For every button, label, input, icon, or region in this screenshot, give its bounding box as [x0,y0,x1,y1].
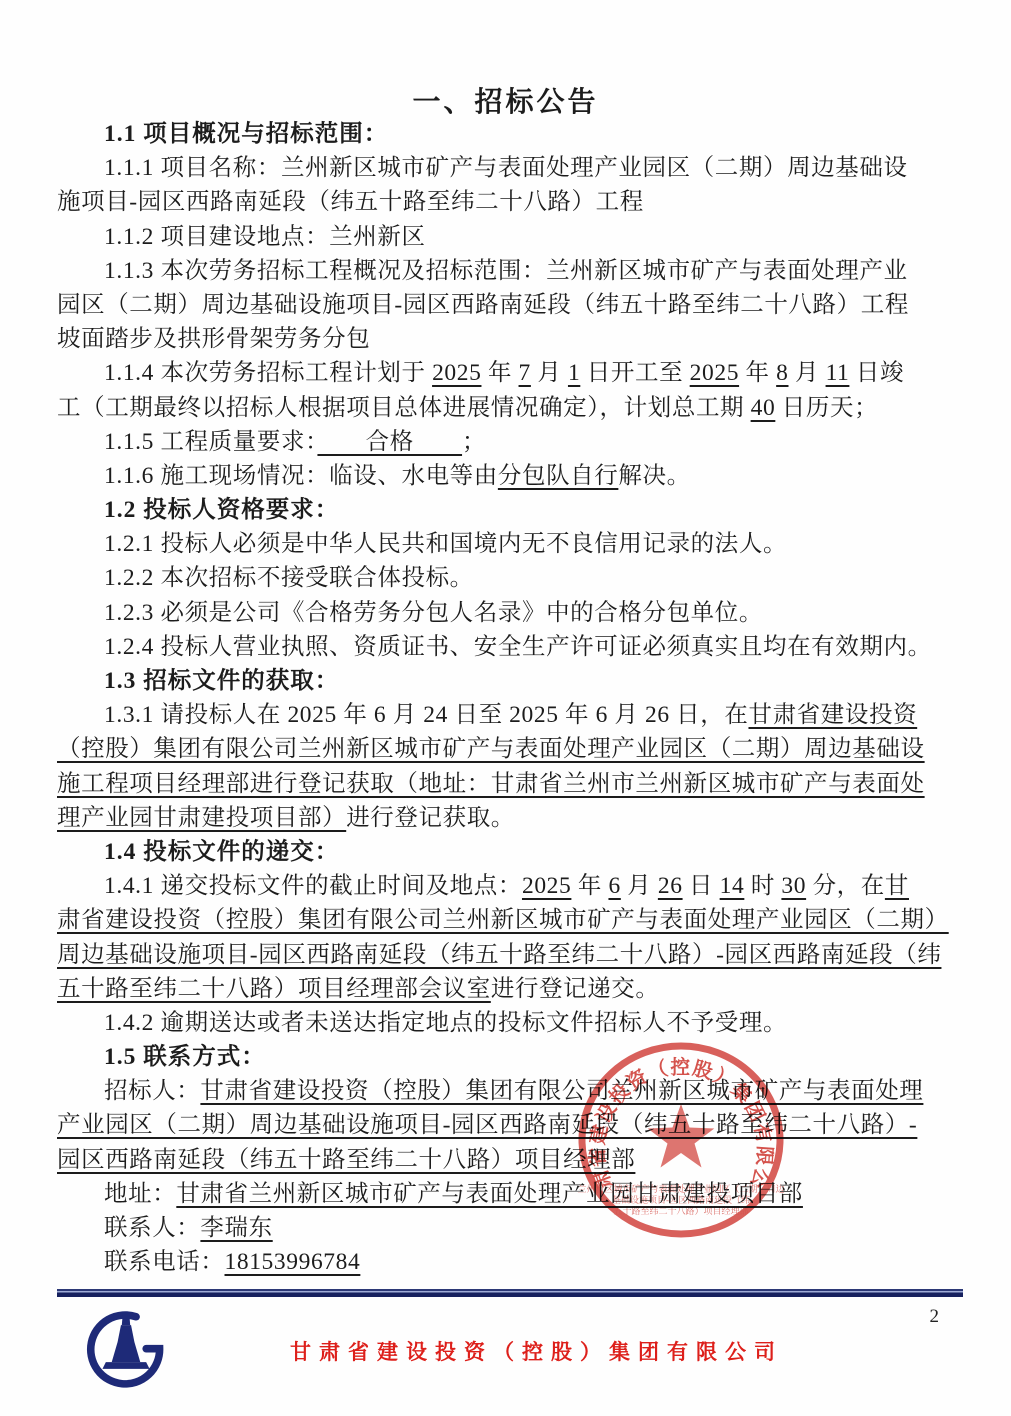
text-line: 1.2 投标人资格要求： [57,493,967,527]
text-line: 坡面踏步及拱形骨架劳务分包 [57,322,967,356]
text-line: 肃省建设投资（控股）集团有限公司兰州新区城市矿产与表面处理产业园区（二期） [57,903,967,937]
text-line: （控股）集团有限公司兰州新区城市矿产与表面处理产业园区（二期）周边基础设 [57,732,967,766]
text-line: 工（工期最终以招标人根据项目总体进展情况确定），计划总工期 40 日历天； [57,391,967,425]
text-line: 联系人：李瑞东 [57,1211,967,1245]
text-line: 1.2.1 投标人必须是中华人民共和国境内无不良信用记录的法人。 [57,527,967,561]
page-number: 2 [930,1306,940,1328]
text-line: 园区（二期）周边基础设施项目-园区西路南延段（纬五十路至纬二十八路）工程 [57,288,967,322]
text-line: 1.2.3 必须是公司《合格劳务分包人名录》中的合格分包单位。 [57,596,967,630]
text-line: 1.4.1 递交投标文件的截止时间及地点：2025 年 6 月 26 日 14 … [57,869,967,903]
document-body: 1.1 项目概况与招标范围：1.1.1 项目名称：兰州新区城市矿产与表面处理产业… [57,117,967,1279]
document-page: 一、招标公告 1.1 项目概况与招标范围：1.1.1 项目名称：兰州新区城市矿产… [0,0,1011,1416]
text-line: 1.1.5 工程质量要求： 合格 ； [57,425,967,459]
text-line: 产业园区（二期）周边基础设施项目-园区西路南延段（纬五十路至纬二十八路）- [57,1108,967,1142]
footer-divider [57,1289,963,1297]
text-line: 地址：甘肃省兰州新区城市矿产与表面处理产业园甘肃建投项目部 [57,1177,967,1211]
text-line: 园区西路南延段（纬五十路至纬二十八路）项目经理部 [57,1143,967,1177]
text-line: 1.1.2 项目建设地点：兰州新区 [57,220,967,254]
text-line: 联系电话：18153996784 [57,1245,967,1279]
document-title: 一、招标公告 [0,80,1011,120]
text-line: 施工程项目经理部进行登记获取（地址：甘肃省兰州市兰州新区城市矿产与表面处 [57,767,967,801]
text-line: 1.1.6 施工现场情况：临设、水电等由分包队自行解决。 [57,459,967,493]
text-line: 1.4 投标文件的递交： [57,835,967,869]
text-line: 招标人：甘肃省建设投资（控股）集团有限公司兰州新区城市矿产与表面处理 [57,1074,967,1108]
text-line: 周边基础设施项目-园区西路南延段（纬五十路至纬二十八路）-园区西路南延段（纬 [57,938,967,972]
text-line: 1.1.3 本次劳务招标工程概况及招标范围：兰州新区城市矿产与表面处理产业 [57,254,967,288]
text-line: 1.1.1 项目名称：兰州新区城市矿产与表面处理产业园区（二期）周边基础设 [57,151,967,185]
footer-company-name: 甘肃省建设投资（控股）集团有限公司 [0,1336,1011,1366]
text-line: 1.5 联系方式： [57,1040,967,1074]
text-line: 五十路至纬二十八路）项目经理部会议室进行登记递交。 [57,972,967,1006]
text-line: 1.1.4 本次劳务招标工程计划于 2025 年 7 月 1 日开工至 2025… [57,356,967,390]
text-line: 1.1 项目概况与招标范围： [57,117,967,151]
text-line: 施项目-园区西路南延段（纬五十路至纬二十八路）工程 [57,185,967,219]
text-line: 1.3 招标文件的获取： [57,664,967,698]
text-line: 1.4.2 逾期送达或者未送达指定地点的投标文件招标人不予受理。 [57,1006,967,1040]
text-line: 理产业园甘肃建投项目部）进行登记获取。 [57,801,967,835]
text-line: 1.2.2 本次招标不接受联合体投标。 [57,561,967,595]
text-line: 1.2.4 投标人营业执照、资质证书、安全生产许可证必须真实且均在有效期内。 [57,630,967,664]
text-line: 1.3.1 请投标人在 2025 年 6 月 24 日至 2025 年 6 月 … [57,698,967,732]
